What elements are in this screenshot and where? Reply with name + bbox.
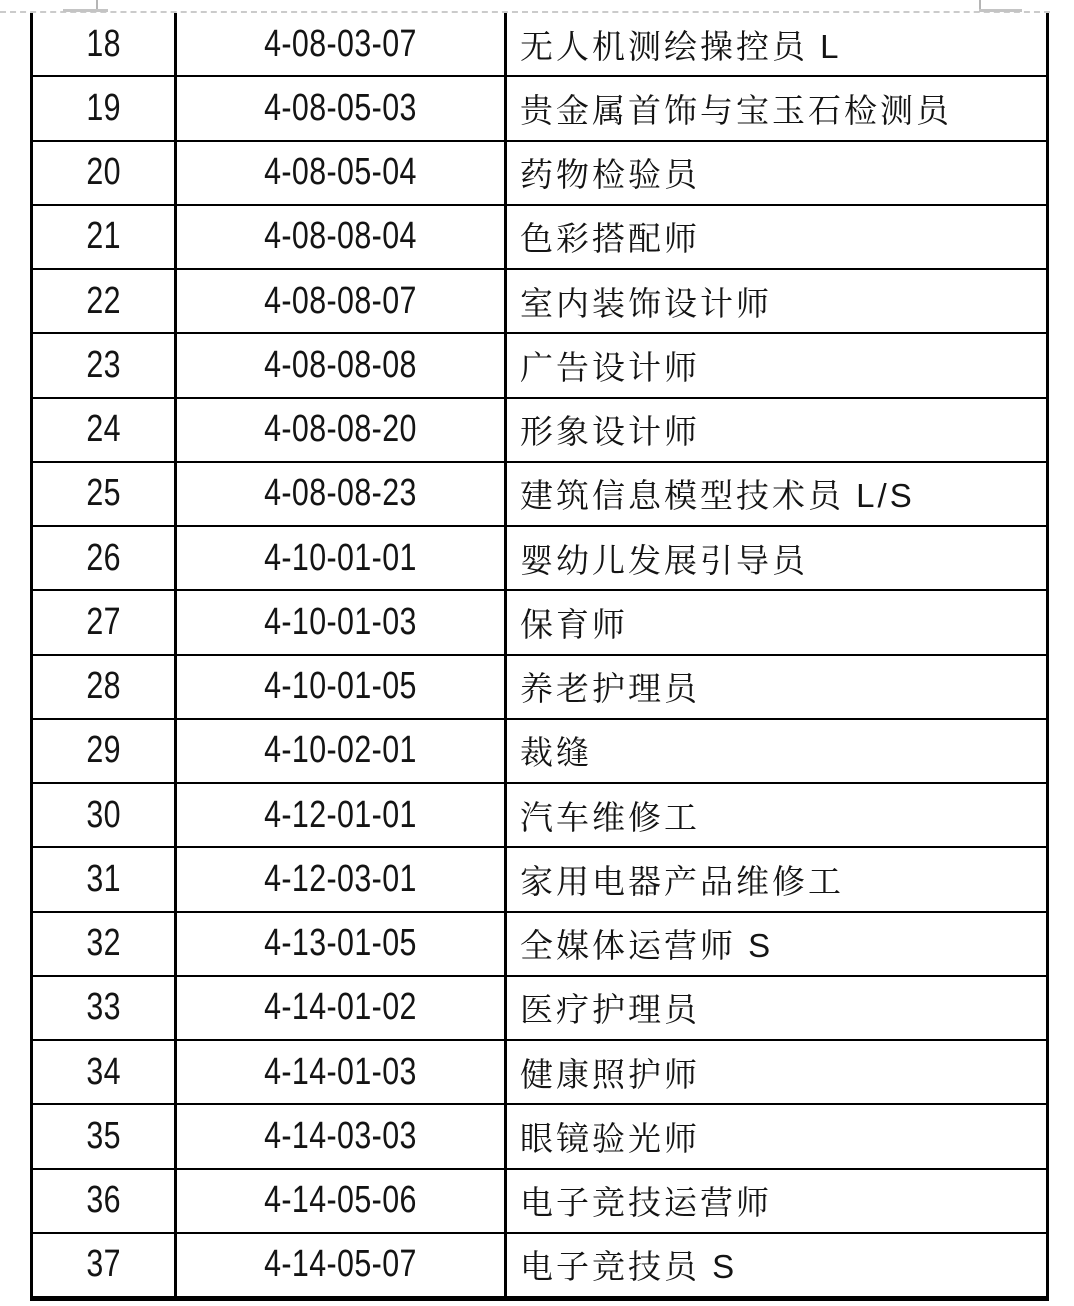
row-number-text: 25 <box>86 472 121 515</box>
occupation-name-text: 健康照护师 <box>520 1049 700 1096</box>
table-row: 374-14-05-07电子竞技员 S <box>33 1234 1046 1296</box>
occupation-name-cell: 电子竞技运营师 <box>507 1170 1046 1232</box>
row-number-cell: 23 <box>33 334 177 396</box>
occupation-name-cell: 家用电器产品维修工 <box>507 848 1046 910</box>
occupation-name-cell: 室内装饰设计师 <box>507 270 1046 332</box>
occupation-name-text: 贵金属首饰与宝玉石检测员 <box>520 85 952 132</box>
occupation-name-text: 无人机测绘操控员 L <box>520 21 842 68</box>
occupation-code-text: 4-14-01-03 <box>264 1051 417 1094</box>
occupation-code-cell: 4-08-08-08 <box>177 334 507 396</box>
occupation-code-text: 4-10-01-03 <box>264 601 417 644</box>
row-number-text: 20 <box>86 151 121 194</box>
occupation-code-text: 4-08-03-07 <box>264 23 417 66</box>
row-number-text: 24 <box>86 408 121 451</box>
occupation-name-cell: 裁缝 <box>507 720 1046 782</box>
row-number-text: 29 <box>86 729 121 772</box>
occupation-code-cell: 4-08-05-03 <box>177 77 507 139</box>
row-number-cell: 24 <box>33 399 177 461</box>
row-number-text: 28 <box>86 665 121 708</box>
occupation-code-cell: 4-10-01-01 <box>177 527 507 589</box>
occupation-name-text: 电子竞技运营师 <box>520 1177 772 1224</box>
occupation-name-text: 电子竞技员 S <box>520 1241 737 1288</box>
occupation-name-text: 室内装饰设计师 <box>520 278 772 325</box>
occupation-code-text: 4-08-05-04 <box>264 151 417 194</box>
occupation-name-text: 眼镜验光师 <box>520 1113 700 1160</box>
occupation-name-cell: 建筑信息模型技术员 L/S <box>507 463 1046 525</box>
row-number-text: 26 <box>86 537 121 580</box>
table-row: 294-10-02-01裁缝 <box>33 720 1046 784</box>
row-number-cell: 37 <box>33 1234 177 1296</box>
occupation-code-cell: 4-14-03-03 <box>177 1105 507 1167</box>
occupation-name-text: 医疗护理员 <box>520 984 700 1031</box>
row-number-cell: 18 <box>33 13 177 75</box>
row-number-text: 18 <box>86 23 121 66</box>
row-number-text: 35 <box>86 1115 121 1158</box>
occupation-code-text: 4-08-05-03 <box>264 87 417 130</box>
row-number-text: 33 <box>86 986 121 1029</box>
occupation-code-text: 4-14-05-07 <box>264 1243 417 1286</box>
table-row: 234-08-08-08广告设计师 <box>33 334 1046 398</box>
row-number-text: 22 <box>86 280 121 323</box>
occupation-code-text: 4-13-01-05 <box>264 922 417 965</box>
occupation-name-cell: 健康照护师 <box>507 1041 1046 1103</box>
occupation-code-cell: 4-14-05-06 <box>177 1170 507 1232</box>
table-row: 364-14-05-06电子竞技运营师 <box>33 1170 1046 1234</box>
occupation-name-text: 汽车维修工 <box>520 792 700 839</box>
occupation-name-cell: 药物检验员 <box>507 142 1046 204</box>
row-number-cell: 26 <box>33 527 177 589</box>
row-number-cell: 21 <box>33 206 177 268</box>
occupation-name-cell: 保育师 <box>507 591 1046 653</box>
row-number-cell: 32 <box>33 913 177 975</box>
occupation-name-text: 建筑信息模型技术员 L/S <box>520 470 915 517</box>
row-number-cell: 30 <box>33 784 177 846</box>
table-row: 264-10-01-01婴幼儿发展引导员 <box>33 527 1046 591</box>
table-row: 224-08-08-07室内装饰设计师 <box>33 270 1046 334</box>
table-row: 214-08-08-04色彩搭配师 <box>33 206 1046 270</box>
row-number-cell: 35 <box>33 1105 177 1167</box>
occupation-name-text: 裁缝 <box>520 727 592 774</box>
occupation-code-cell: 4-10-01-03 <box>177 591 507 653</box>
row-number-text: 34 <box>86 1051 121 1094</box>
table-row: 314-12-03-01家用电器产品维修工 <box>33 848 1046 912</box>
row-number-text: 27 <box>86 601 121 644</box>
occupation-code-text: 4-10-01-01 <box>264 537 417 580</box>
occupation-name-cell: 婴幼儿发展引导员 <box>507 527 1046 589</box>
document-page: 184-08-03-07无人机测绘操控员 L194-08-05-03贵金属首饰与… <box>0 0 1074 1306</box>
occupation-code-text: 4-08-08-20 <box>264 408 417 451</box>
row-number-cell: 22 <box>33 270 177 332</box>
occupation-code-cell: 4-14-05-07 <box>177 1234 507 1296</box>
row-number-cell: 27 <box>33 591 177 653</box>
occupation-code-text: 4-14-01-02 <box>264 986 417 1029</box>
occupation-code-cell: 4-13-01-05 <box>177 913 507 975</box>
row-number-cell: 36 <box>33 1170 177 1232</box>
table-row: 334-14-01-02医疗护理员 <box>33 977 1046 1041</box>
table-row: 354-14-03-03眼镜验光师 <box>33 1105 1046 1169</box>
row-number-text: 19 <box>86 87 121 130</box>
occupation-code-text: 4-08-08-07 <box>264 280 417 323</box>
occupation-name-text: 形象设计师 <box>520 406 700 453</box>
row-number-cell: 25 <box>33 463 177 525</box>
occupation-name-text: 养老护理员 <box>520 663 700 710</box>
occupation-code-cell: 4-14-01-02 <box>177 977 507 1039</box>
occupation-name-cell: 电子竞技员 S <box>507 1234 1046 1296</box>
occupation-table: 184-08-03-07无人机测绘操控员 L194-08-05-03贵金属首饰与… <box>30 13 1049 1301</box>
occupation-name-cell: 色彩搭配师 <box>507 206 1046 268</box>
occupation-name-text: 保育师 <box>520 599 628 646</box>
table-row: 194-08-05-03贵金属首饰与宝玉石检测员 <box>33 77 1046 141</box>
occupation-code-cell: 4-10-02-01 <box>177 720 507 782</box>
row-number-text: 31 <box>86 858 121 901</box>
table-row: 344-14-01-03健康照护师 <box>33 1041 1046 1105</box>
table-row: 184-08-03-07无人机测绘操控员 L <box>33 13 1046 77</box>
occupation-code-text: 4-14-05-06 <box>264 1179 417 1222</box>
occupation-code-cell: 4-08-08-04 <box>177 206 507 268</box>
row-number-cell: 20 <box>33 142 177 204</box>
occupation-code-cell: 4-14-01-03 <box>177 1041 507 1103</box>
occupation-name-text: 色彩搭配师 <box>520 213 700 260</box>
occupation-name-cell: 广告设计师 <box>507 334 1046 396</box>
table-row: 284-10-01-05养老护理员 <box>33 656 1046 720</box>
row-number-text: 37 <box>86 1243 121 1286</box>
page-break-nub-left <box>63 9 108 12</box>
occupation-name-cell: 全媒体运营师 S <box>507 913 1046 975</box>
occupation-name-cell: 汽车维修工 <box>507 784 1046 846</box>
occupation-name-text: 广告设计师 <box>520 342 700 389</box>
occupation-name-text: 药物检验员 <box>520 149 700 196</box>
table-row: 204-08-05-04药物检验员 <box>33 142 1046 206</box>
occupation-name-cell: 形象设计师 <box>507 399 1046 461</box>
occupation-code-text: 4-08-08-04 <box>264 215 417 258</box>
page-break-nub-right <box>979 9 1022 12</box>
row-number-cell: 33 <box>33 977 177 1039</box>
row-number-cell: 34 <box>33 1041 177 1103</box>
table-row: 304-12-01-01汽车维修工 <box>33 784 1046 848</box>
occupation-code-text: 4-12-03-01 <box>264 858 417 901</box>
occupation-code-cell: 4-08-08-07 <box>177 270 507 332</box>
row-number-text: 36 <box>86 1179 121 1222</box>
occupation-code-text: 4-14-03-03 <box>264 1115 417 1158</box>
row-number-cell: 19 <box>33 77 177 139</box>
occupation-code-text: 4-08-08-23 <box>264 472 417 515</box>
table-row: 324-13-01-05全媒体运营师 S <box>33 913 1046 977</box>
occupation-name-text: 家用电器产品维修工 <box>520 856 844 903</box>
occupation-code-cell: 4-12-01-01 <box>177 784 507 846</box>
occupation-code-text: 4-12-01-01 <box>264 794 417 837</box>
row-number-cell: 31 <box>33 848 177 910</box>
row-number-cell: 29 <box>33 720 177 782</box>
occupation-code-cell: 4-12-03-01 <box>177 848 507 910</box>
table-row: 274-10-01-03保育师 <box>33 591 1046 655</box>
occupation-name-text: 全媒体运营师 S <box>520 920 773 967</box>
occupation-code-cell: 4-08-03-07 <box>177 13 507 75</box>
row-number-text: 32 <box>86 922 121 965</box>
occupation-name-cell: 养老护理员 <box>507 656 1046 718</box>
row-number-text: 21 <box>86 215 121 258</box>
occupation-code-text: 4-10-01-05 <box>264 665 417 708</box>
occupation-code-cell: 4-08-05-04 <box>177 142 507 204</box>
occupation-name-cell: 医疗护理员 <box>507 977 1046 1039</box>
occupation-code-cell: 4-08-08-20 <box>177 399 507 461</box>
table-row: 254-08-08-23建筑信息模型技术员 L/S <box>33 463 1046 527</box>
occupation-name-text: 婴幼儿发展引导员 <box>520 535 808 582</box>
row-number-text: 30 <box>86 794 121 837</box>
occupation-code-text: 4-10-02-01 <box>264 729 417 772</box>
row-number-cell: 28 <box>33 656 177 718</box>
occupation-code-cell: 4-08-08-23 <box>177 463 507 525</box>
occupation-name-cell: 贵金属首饰与宝玉石检测员 <box>507 77 1046 139</box>
occupation-code-cell: 4-10-01-05 <box>177 656 507 718</box>
occupation-name-cell: 无人机测绘操控员 L <box>507 13 1046 75</box>
row-number-text: 23 <box>86 344 121 387</box>
table-row: 244-08-08-20形象设计师 <box>33 399 1046 463</box>
occupation-code-text: 4-08-08-08 <box>264 344 417 387</box>
occupation-name-cell: 眼镜验光师 <box>507 1105 1046 1167</box>
